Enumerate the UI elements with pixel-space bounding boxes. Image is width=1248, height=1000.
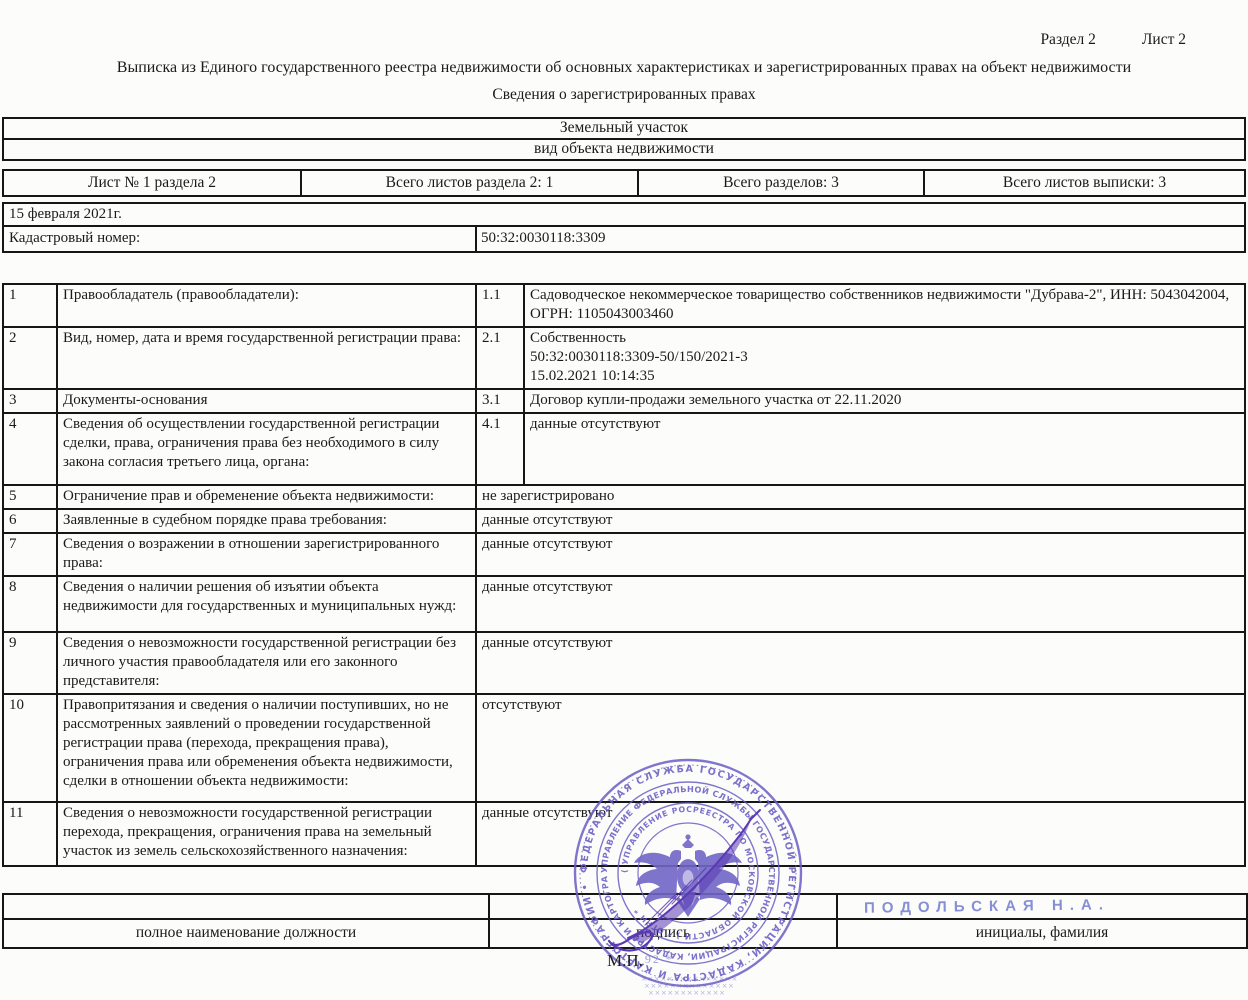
row-label: Ограничение прав и обременение объекта н… [58, 486, 477, 508]
row-value: не зарегистрировано [477, 486, 1244, 508]
total-sections: Всего разделов: 3 [639, 171, 925, 195]
table-row: 1 Правообладатель (правообладатели): 1.1… [4, 285, 1244, 328]
stamped-official-name: ПОДОЛЬСКАЯ Н.А. [864, 895, 1110, 917]
table-row: 7 Сведения о возражении в отношении заре… [4, 534, 1244, 577]
row-number: 6 [4, 510, 58, 532]
sheet-of-section: Лист № 1 раздела 2 [4, 171, 302, 195]
row-label: Заявленные в судебном порядке права треб… [58, 510, 477, 532]
row-label: Сведения о наличии решения об изъятии об… [58, 577, 477, 631]
total-sheets-of-section: Всего листов раздела 2: 1 [302, 171, 639, 195]
row-subnumber: 3.1 [477, 390, 525, 412]
document-subtitle: Сведения о зарегистрированных правах [0, 85, 1248, 104]
row-number: 8 [4, 577, 58, 631]
row-value: отсутствуют [477, 695, 1244, 801]
svg-text:××××××××××××: ×××××××××××× [648, 989, 726, 997]
svg-text:×××××××××××××××: ××××××××××××××× [641, 975, 738, 983]
row-subnumber: 1.1 [477, 285, 525, 326]
row-value: данные отсутствуют [525, 414, 1244, 484]
sheet-number: Лист 2 [1142, 30, 1186, 49]
stamp-crosshatch: ××××××××××××××× ×××××××××××××× ×××××××××… [641, 975, 738, 997]
table-row: 8 Сведения о наличии решения об изъятии … [4, 577, 1244, 633]
row-number: 9 [4, 633, 58, 693]
cadastral-value: 50:32:0030118:3309 [477, 227, 1244, 251]
table-row: 11 Сведения о невозможности государствен… [4, 803, 1244, 865]
object-type-caption: вид объекта недвижимости [4, 138, 1244, 159]
svg-text:××××××××××××××: ×××××××××××××× [644, 982, 735, 990]
row-label: Сведения о невозможности государственной… [58, 633, 477, 693]
row-number: 11 [4, 803, 58, 865]
row-number: 5 [4, 486, 58, 508]
mp-label: М.П. [607, 951, 643, 970]
row-number: 10 [4, 695, 58, 801]
row-subnumber: 4.1 [477, 414, 525, 484]
egrn-extract-page: Раздел 2 Лист 2 Выписка из Единого госуд… [0, 0, 1248, 1000]
row-label: Вид, номер, дата и время государственной… [58, 328, 477, 388]
section-number: Раздел 2 [1040, 30, 1095, 49]
row-number: 1 [4, 285, 58, 326]
row-label: Правопритязания и сведения о наличии пос… [58, 695, 477, 801]
document-title: Выписка из Единого государственного реес… [44, 58, 1204, 77]
sheets-counter-table: Лист № 1 раздела 2 Всего листов раздела … [2, 169, 1246, 197]
row-number: 2 [4, 328, 58, 388]
name-caption: инициалы, фамилия [838, 920, 1246, 947]
table-row: 2 Вид, номер, дата и время государственн… [4, 328, 1244, 390]
rights-table: 1 Правообладатель (правообладатели): 1.1… [2, 283, 1246, 867]
position-field [4, 895, 490, 920]
row-label: Сведения о невозможности государственной… [58, 803, 477, 865]
row-number: 7 [4, 534, 58, 575]
row-subnumber: 2.1 [477, 328, 525, 388]
total-sheets-of-extract: Всего листов выписки: 3 [925, 171, 1244, 195]
row-value: данные отсутствуют [477, 633, 1244, 693]
position-caption: полное наименование должности [4, 920, 490, 947]
table-row: 3 Документы-основания 3.1 Договор купли-… [4, 390, 1244, 414]
row-value: Договор купли-продажи земельного участка… [525, 390, 1244, 412]
extract-date: 15 февраля 2021г. [4, 204, 1244, 225]
row-label: Сведения об осуществлении государственно… [58, 414, 477, 484]
object-type-table: Земельный участок вид объекта недвижимос… [2, 117, 1246, 161]
row-label: Сведения о возражении в отношении зареги… [58, 534, 477, 575]
row-value: данные отсутствуют [477, 577, 1244, 631]
signature-caption: подпись [490, 920, 838, 947]
row-label: Правообладатель (правообладатели): [58, 285, 477, 326]
row-number: 4 [4, 414, 58, 484]
table-row: 10 Правопритязания и сведения о наличии … [4, 695, 1244, 803]
row-number: 3 [4, 390, 58, 412]
row-value: Садоводческое некоммерческое товариществ… [525, 285, 1244, 326]
table-row: 6 Заявленные в судебном порядке права тр… [4, 510, 1244, 534]
table-row: 4 Сведения об осуществлении государствен… [4, 414, 1244, 486]
signature-field [490, 895, 838, 920]
row-value: Собственность 50:32:0030118:3309-50/150/… [525, 328, 1244, 388]
row-value: данные отсутствуют [477, 803, 1244, 865]
row-value: данные отсутствуют [477, 534, 1244, 575]
row-value: данные отсутствуют [477, 510, 1244, 532]
cadastral-row: Кадастровый номер: 50:32:0030118:3309 [4, 225, 1244, 251]
stamp-number: 92 * [645, 952, 674, 966]
row-label: Документы-основания [58, 390, 477, 412]
cadastral-label: Кадастровый номер: [4, 227, 477, 251]
seal-place-label: М.П.92 * [607, 950, 674, 970]
page-corner-meta: Раздел 2 Лист 2 [1040, 30, 1186, 49]
meta-table: 15 февраля 2021г. Кадастровый номер: 50:… [2, 202, 1246, 253]
table-row: 9 Сведения о невозможности государственн… [4, 633, 1244, 695]
object-type: Земельный участок [4, 119, 1244, 138]
table-row: 5 Ограничение прав и обременение объекта… [4, 486, 1244, 510]
